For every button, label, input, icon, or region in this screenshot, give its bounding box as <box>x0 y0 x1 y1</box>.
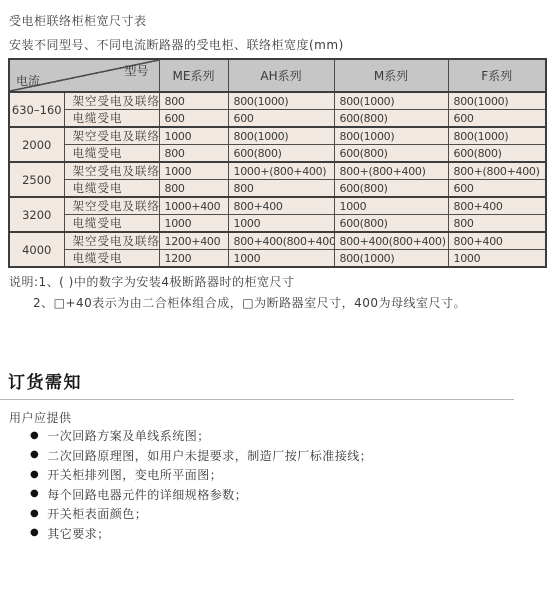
value-cell: 600 <box>159 110 228 128</box>
table-row: 3200 架空受电及联络 1000+400 800+400 1000 800+4… <box>9 197 546 215</box>
value-cell: 800 <box>159 145 228 163</box>
column-header-m: M系列 <box>334 59 448 92</box>
table-row: 2000 架空受电及联络 1000 800(1000) 800(1000) 80… <box>9 127 546 145</box>
table-row: 630–160 架空受电及联络 800 800(1000) 800(1000) … <box>9 92 546 110</box>
table-notes: 说明:1、( )中的数字为安装4极断路器时的柜宽尺寸 2、□+40表示为由二合柜… <box>9 272 466 314</box>
type-cell: 电缆受电 <box>64 180 159 198</box>
column-header-me: ME系列 <box>159 59 228 92</box>
type-cell: 架空受电及联络 <box>64 127 159 145</box>
value-cell: 800+400(800+400) <box>228 232 334 250</box>
value-cell: 1000 <box>228 250 334 268</box>
value-cell: 800 <box>448 215 546 233</box>
value-cell: 600(800) <box>334 180 448 198</box>
value-cell: 800(1000) <box>448 127 546 145</box>
list-item: ● 开关柜表面颜色； <box>30 504 372 524</box>
list-item-text: 其它要求； <box>47 525 110 542</box>
corner-header-cell: 型号 电流 <box>9 59 159 92</box>
bullet-icon: ● <box>30 528 39 538</box>
value-cell: 600 <box>448 180 546 198</box>
value-cell: 800+(800+400) <box>334 162 448 180</box>
table-row: 2500 架空受电及联络 1000 1000+(800+400) 800+(80… <box>9 162 546 180</box>
bullet-icon: ● <box>30 431 39 441</box>
type-cell: 架空受电及联络 <box>64 162 159 180</box>
current-cell: 630–160 <box>9 92 64 127</box>
value-cell: 600(800) <box>228 145 334 163</box>
value-cell: 800+400 <box>228 197 334 215</box>
value-cell: 1200+400 <box>159 232 228 250</box>
list-item-text: 开关柜排列图，变电所平面图； <box>47 466 222 483</box>
order-section-heading: 订货需知 <box>8 368 82 393</box>
value-cell: 800(1000) <box>334 127 448 145</box>
value-cell: 1000 <box>334 197 448 215</box>
value-cell: 800(1000) <box>334 250 448 268</box>
column-header-ah: AH系列 <box>228 59 334 92</box>
list-item: ● 二次回路原理图，如用户未提要求，制造厂按厂标准接线； <box>30 446 372 466</box>
value-cell: 800(1000) <box>334 92 448 110</box>
note-line-1: 说明:1、( )中的数字为安装4极断路器时的柜宽尺寸 <box>9 272 466 293</box>
table-row: 电缆受电 800 800 600(800) 600 <box>9 180 546 198</box>
bullet-icon: ● <box>30 470 39 480</box>
value-cell: 800 <box>159 180 228 198</box>
list-item: ● 其它要求； <box>30 524 372 544</box>
model-header-label: 型号 <box>124 62 148 79</box>
value-cell: 800+400 <box>448 232 546 250</box>
page-subtitle: 安装不同型号、不同电流断路器的受电柜、联络柜宽度(mm) <box>9 36 344 53</box>
list-item-text: 开关柜表面颜色； <box>47 505 147 522</box>
order-section-intro: 用户应提供 <box>9 409 72 426</box>
value-cell: 800 <box>228 180 334 198</box>
value-cell: 600(800) <box>448 145 546 163</box>
current-header-label: 电流 <box>16 72 40 89</box>
table-row: 电缆受电 1000 1000 600(800) 800 <box>9 215 546 233</box>
type-cell: 架空受电及联络 <box>64 232 159 250</box>
note-line-2: 2、□+40表示为由二合柜体组合成，□为断路器室尺寸，400为母线室尺寸。 <box>9 293 466 314</box>
page-title: 受电柜联络柜柜宽尺寸表 <box>9 12 147 29</box>
type-cell: 电缆受电 <box>64 145 159 163</box>
value-cell: 800(1000) <box>228 92 334 110</box>
value-cell: 1000+400 <box>159 197 228 215</box>
order-requirements-list: ● 一次回路方案及单线系统图； ● 二次回路原理图，如用户未提要求，制造厂按厂标… <box>30 426 372 543</box>
cabinet-width-table: 型号 电流 ME系列 AH系列 M系列 F系列 630–160 架空受电及联络 … <box>8 58 547 268</box>
value-cell: 1000 <box>159 127 228 145</box>
value-cell: 1000 <box>448 250 546 268</box>
bullet-icon: ● <box>30 509 39 519</box>
value-cell: 800 <box>159 92 228 110</box>
value-cell: 1200 <box>159 250 228 268</box>
type-cell: 电缆受电 <box>64 250 159 268</box>
value-cell: 600 <box>448 110 546 128</box>
value-cell: 1000 <box>159 215 228 233</box>
value-cell: 800(1000) <box>448 92 546 110</box>
list-item: ● 一次回路方案及单线系统图； <box>30 426 372 446</box>
column-header-f: F系列 <box>448 59 546 92</box>
table-row: 4000 架空受电及联络 1200+400 800+400(800+400) 8… <box>9 232 546 250</box>
list-item: ● 开关柜排列图，变电所平面图； <box>30 465 372 485</box>
list-item-text: 一次回路方案及单线系统图； <box>47 427 210 444</box>
current-cell: 4000 <box>9 232 64 267</box>
value-cell: 1000+(800+400) <box>228 162 334 180</box>
value-cell: 600(800) <box>334 110 448 128</box>
current-cell: 2000 <box>9 127 64 162</box>
list-item: ● 每个回路电器元件的详细规格参数； <box>30 485 372 505</box>
current-cell: 3200 <box>9 197 64 232</box>
value-cell: 1000 <box>228 215 334 233</box>
type-cell: 电缆受电 <box>64 110 159 128</box>
value-cell: 1000 <box>159 162 228 180</box>
diagonal-divider: 型号 电流 <box>10 60 159 91</box>
list-item-text: 二次回路原理图，如用户未提要求，制造厂按厂标准接线； <box>47 447 372 464</box>
value-cell: 800(1000) <box>228 127 334 145</box>
type-cell: 电缆受电 <box>64 215 159 233</box>
bullet-icon: ● <box>30 450 39 460</box>
value-cell: 600 <box>228 110 334 128</box>
table-header-row: 型号 电流 ME系列 AH系列 M系列 F系列 <box>9 59 546 92</box>
current-cell: 2500 <box>9 162 64 197</box>
table-row: 电缆受电 1200 1000 800(1000) 1000 <box>9 250 546 268</box>
list-item-text: 每个回路电器元件的详细规格参数； <box>47 486 247 503</box>
bullet-icon: ● <box>30 489 39 499</box>
value-cell: 600(800) <box>334 145 448 163</box>
table-row: 电缆受电 600 600 600(800) 600 <box>9 110 546 128</box>
type-cell: 架空受电及联络 <box>64 197 159 215</box>
section-divider <box>0 399 514 400</box>
type-cell: 架空受电及联络 <box>64 92 159 110</box>
value-cell: 800+400 <box>448 197 546 215</box>
table-row: 电缆受电 800 600(800) 600(800) 600(800) <box>9 145 546 163</box>
value-cell: 600(800) <box>334 215 448 233</box>
value-cell: 800+(800+400) <box>448 162 546 180</box>
value-cell: 800+400(800+400) <box>334 232 448 250</box>
